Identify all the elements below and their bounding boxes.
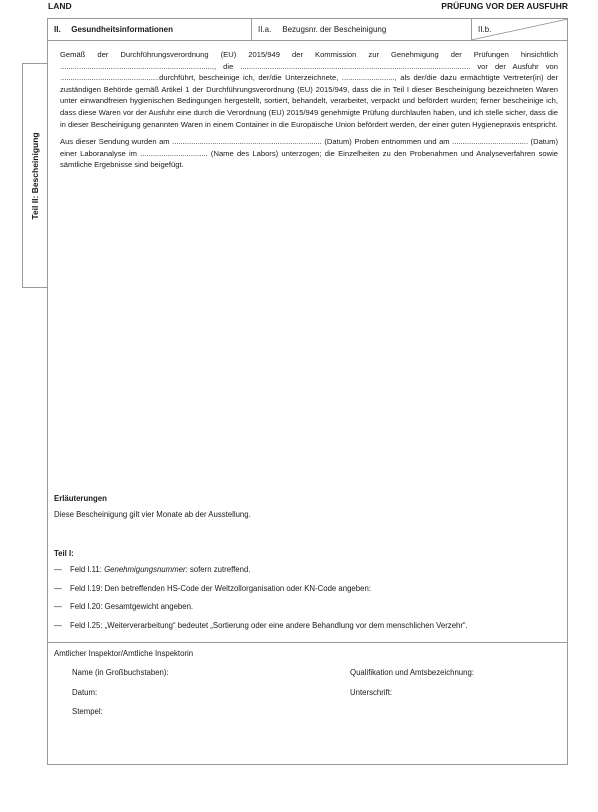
certificate-frame: II. Gesundheitsinformationen II.a. Bezug… xyxy=(47,18,568,765)
side-tab-part-ii: Teil II: Bescheinigung xyxy=(22,63,47,288)
list-item: —Feld I.19: Den betreffenden HS-Code der… xyxy=(54,583,559,602)
notes-section: Erläuterungen Diese Bescheinigung gilt v… xyxy=(54,494,559,519)
header-row: II. Gesundheitsinformationen II.a. Bezug… xyxy=(48,19,567,41)
field-text: „Weiterverarbeitung“ bedeutet „Sortierun… xyxy=(105,621,468,630)
country-label: LAND xyxy=(48,1,72,11)
qualification-field-label[interactable]: Qualifikation und Amtsbezeichnung: xyxy=(350,668,474,677)
inspector-section: Amtlicher Inspektor/Amtliche Inspektorin… xyxy=(48,642,567,765)
field-label: Feld I.20: xyxy=(70,602,105,611)
diagonal-strike-line xyxy=(471,19,568,40)
field-text: Den betreffenden HS-Code der Weltzollorg… xyxy=(105,584,371,593)
date-field-label[interactable]: Datum: xyxy=(72,688,97,697)
inspector-title: Amtlicher Inspektor/Amtliche Inspektorin xyxy=(54,649,193,658)
field-label: Feld I.11: xyxy=(70,565,104,574)
list-item: —Feld I.11: Genehmigungsnummer: sofern z… xyxy=(54,564,559,583)
certification-text: Gemäß der Durchführungsverordnung (EU) 2… xyxy=(60,49,558,177)
stamp-field-label[interactable]: Stempel: xyxy=(72,707,103,716)
field-text: Gesamtgewicht angeben. xyxy=(105,602,193,611)
field-text: : sofern zutreffend. xyxy=(186,565,251,574)
dash-bullet: — xyxy=(54,601,70,612)
list-item: —Feld I.20: Gesamtgewicht angeben. xyxy=(54,601,559,620)
reference-number-cell[interactable]: II.a. Bezugsnr. der Bescheinigung xyxy=(251,19,471,40)
dash-bullet: — xyxy=(54,564,70,575)
field-term: Genehmigungsnummer xyxy=(104,565,185,574)
side-tab-label: Teil II: Bescheinigung xyxy=(30,132,40,219)
part-i-title: Teil I: xyxy=(54,549,559,558)
document-type-label: PRÜFUNG VOR DER AUSFUHR xyxy=(441,1,568,11)
name-field-label[interactable]: Name (in Großbuchstaben): xyxy=(72,668,169,677)
list-item: —Feld I.25: „Weiterverarbeitung“ bedeute… xyxy=(54,620,559,639)
part-i-notes: Teil I: —Feld I.11: Genehmigungsnummer: … xyxy=(54,549,559,638)
notes-text: Diese Bescheinigung gilt vier Monate ab … xyxy=(54,510,559,519)
certification-paragraph: Gemäß der Durchführungsverordnung (EU) 2… xyxy=(60,49,558,130)
signature-field-label[interactable]: Unterschrift: xyxy=(350,688,392,697)
notes-title: Erläuterungen xyxy=(54,494,559,503)
section-number: II. xyxy=(54,19,69,40)
ref-number-code: II.a. xyxy=(258,19,280,40)
dash-bullet: — xyxy=(54,583,70,594)
sampling-paragraph: Aus dieser Sendung wurden am ...........… xyxy=(60,136,558,171)
section-title: Gesundheitsinformationen xyxy=(71,25,173,34)
dash-bullet: — xyxy=(54,620,70,631)
field-label: Feld I.19: xyxy=(70,584,105,593)
ref-number-label: Bezugsnr. der Bescheinigung xyxy=(282,25,386,34)
section-title-cell: II. Gesundheitsinformationen xyxy=(54,19,250,40)
field-label: Feld I.25: xyxy=(70,621,105,630)
